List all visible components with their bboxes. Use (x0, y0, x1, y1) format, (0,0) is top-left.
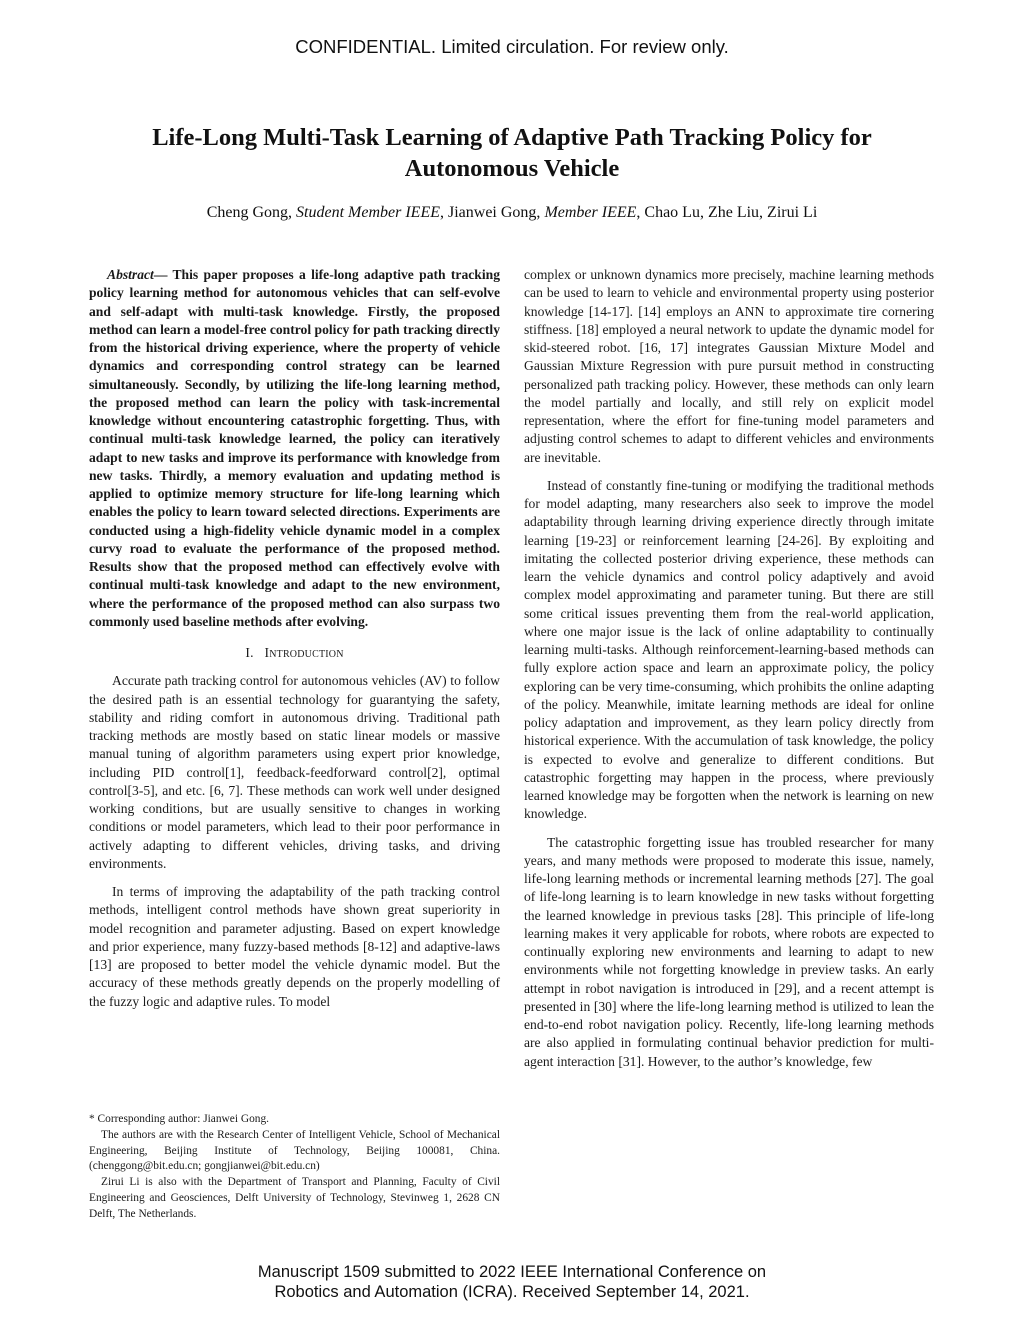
author-text: Cheng Gong, (207, 204, 296, 221)
manuscript-footer: Manuscript 1509 submitted to 2022 IEEE I… (0, 1262, 1024, 1302)
footnote-affiliation: The authors are with the Research Center… (89, 1128, 500, 1175)
manuscript-line: Manuscript 1509 submitted to 2022 IEEE I… (0, 1262, 1024, 1282)
author-text: , Chao Lu, Zhe Liu, Zirui Li (636, 204, 817, 221)
body-paragraph: The catastrophic forgetting issue has tr… (524, 834, 934, 1071)
abstract-dash: — (154, 267, 168, 282)
footnote-corresponding-author: * Corresponding author: Jianwei Gong. (89, 1112, 500, 1128)
author-list: Cheng Gong, Student Member IEEE, Jianwei… (60, 204, 964, 222)
section-heading-introduction: I. Introduction (89, 644, 500, 662)
abstract-text: This paper proposes a life-long adaptive… (89, 267, 500, 629)
body-paragraph: Accurate path tracking control for auton… (89, 672, 500, 873)
author-role: Member IEEE (544, 204, 636, 221)
footnote-affiliation-secondary: Zirui Li is also with the Department of … (89, 1175, 500, 1222)
footnotes: * Corresponding author: Jianwei Gong. Th… (89, 1112, 500, 1223)
confidential-header: CONFIDENTIAL. Limited circulation. For r… (0, 36, 1024, 58)
section-number: I. (245, 645, 253, 660)
abstract: Abstract— This paper proposes a life-lon… (89, 266, 500, 631)
abstract-label: Abstract (107, 267, 154, 282)
paper-title: Life-Long Multi-Task Learning of Adaptiv… (90, 122, 934, 184)
author-role: Student Member IEEE (296, 204, 440, 221)
body-paragraph: In terms of improving the adaptability o… (89, 883, 500, 1011)
body-paragraph: complex or unknown dynamics more precise… (524, 266, 934, 467)
left-column: Abstract— This paper proposes a life-lon… (89, 266, 500, 1011)
body-paragraph: Instead of constantly fine-tuning or mod… (524, 477, 934, 824)
author-text: , Jianwei Gong, (440, 204, 544, 221)
section-title: Introduction (264, 645, 343, 660)
manuscript-line: Robotics and Automation (ICRA). Received… (0, 1282, 1024, 1302)
right-column: complex or unknown dynamics more precise… (524, 266, 934, 1071)
